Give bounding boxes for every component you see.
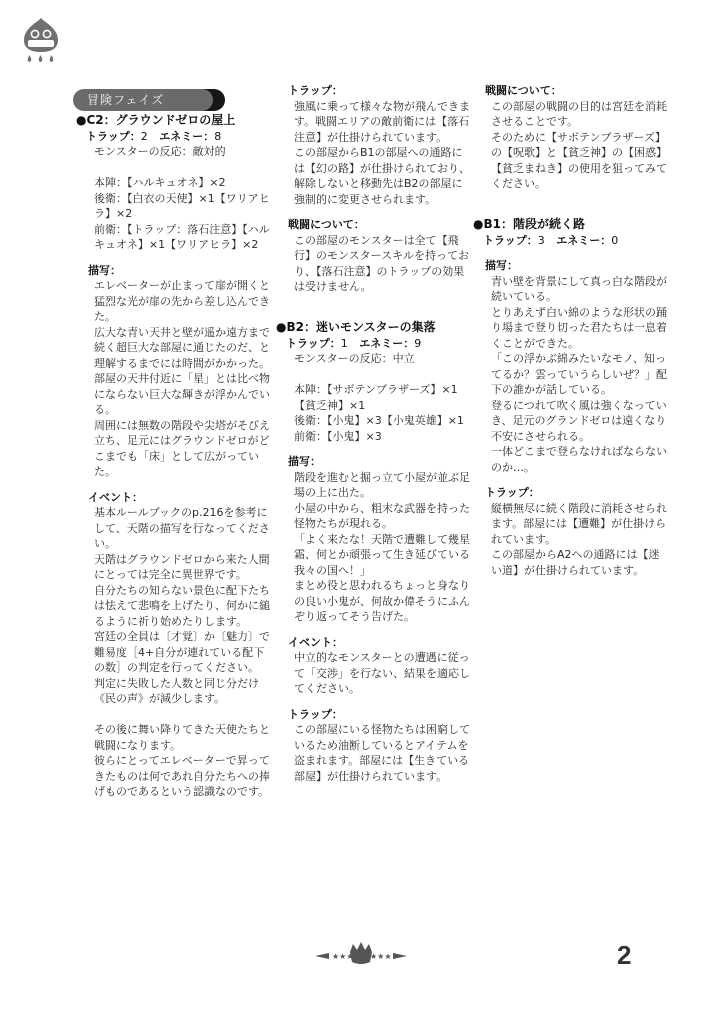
trap-heading: トラップ：	[485, 485, 667, 501]
trap-count: 2	[141, 130, 148, 143]
enemy-count: 0	[611, 234, 618, 247]
paragraph: 青い壁を背景にして真っ白な階段が続いている。	[491, 274, 667, 305]
battle-text: この部屋のモンスターは全て【飛行】のモンスタースキルを持っており、【落石注意】の…	[294, 233, 470, 295]
event-heading: イベント：	[88, 490, 270, 506]
paragraph: 判定に失敗した人数と同じ分だけ《民の声》が減少します。	[94, 676, 270, 707]
paragraph: 「この浮かぶ綿みたいなモノ、知ってるか？雲っていうらしいぜ？」配下の誰かが話して…	[491, 351, 667, 398]
column-2: トラップ： 強風に乗って様々な物が飛んできます。戦闘エリアの敵前衛には【落石注意…	[280, 83, 470, 784]
paragraph: 宮廷の全員は〔才覚〕か〔魅力〕で難易度［4+自分が連れている配下の数］の判定を行…	[94, 629, 270, 676]
paragraph: この部屋からB1の部屋への通路には【幻の路】が仕掛けられており、解除しないと移動…	[294, 145, 470, 207]
paragraph: 強風に乗って様々な物が飛んできます。戦闘エリアの敵前衛には【落石注意】が仕掛けら…	[294, 99, 470, 146]
slime-monster-icon	[22, 16, 60, 64]
svg-text:★★★: ★★★	[370, 952, 392, 961]
paragraph: 自分たちの知らない景色に配下たちは怯えて悲鳴を上げたり、何かに縋るように祈り始め…	[94, 583, 270, 630]
description-text: 青い壁を背景にして真っ白な階段が続いている。 とりあえず白い綿のような形状の踊り…	[491, 274, 667, 476]
formation-front: 前衛：【トラップ：落石注意】【ハルキュオネ】×1【ワリアヒラ】×2	[94, 222, 270, 253]
event-text: 基本ルールブックのp.216を参考にして、天階の描写を行なってください。 天階は…	[94, 505, 270, 800]
formation: 本陣：【ハルキュオネ】×2 後衛：【白衣の天使】×1【ワリアヒラ】×2 前衛：【…	[94, 175, 270, 253]
paragraph: そのために【サボテンブラザーズ】の【呪歌】と【貧乏神】の【困惑】【貧乏まねき】の…	[491, 130, 667, 192]
formation-main: 本陣：【サボテンブラザーズ】×1【貧乏神】×1	[294, 382, 470, 413]
paragraph: その後に舞い降りてきた天使たちと戦闘になります。	[94, 722, 270, 753]
paragraph: 小屋の中から、粗末な武器を持った怪物たちが現れる。	[294, 501, 470, 532]
enemy-count: 8	[214, 130, 221, 143]
paragraph: とりあえず白い綿のような形状の踊り場まで登り切った君たちは一息着くことができた。	[491, 305, 667, 352]
room-stats: トラップ：1 エネミー：9	[286, 336, 470, 352]
paragraph: 登るにつれて吹く風は強くなっていき、足元のグランドゼロは遠くなり不安にさせられる…	[491, 398, 667, 445]
event-text: 中立的なモンスターとの遭遇に従って「交渉」を行ない、結果を適応してください。	[294, 650, 470, 697]
enemy-label: エネミー：	[159, 130, 214, 143]
paragraph: 縦横無尽に続く階段に消耗させられます。部屋には【遭難】が仕掛けられています。	[491, 501, 667, 548]
paragraph: 基本ルールブックのp.216を参考にして、天階の描写を行なってください。	[94, 505, 270, 552]
page-number: 2	[617, 940, 631, 971]
paragraph: 天階はグラウンドゼロから来た人間にとっては完全に異世界です。	[94, 552, 270, 583]
paragraph: この部屋からA2への通路には【迷い道】が仕掛けられています。	[491, 547, 667, 578]
event-heading: イベント：	[288, 635, 470, 651]
paragraph: 彼らにとってエレベーターで昇ってきたものは何であれ自分たちへの捧げものであるとい…	[94, 753, 270, 800]
trap-label: トラップ：	[483, 234, 538, 247]
crown-ornament-icon: ★★★ ★★★	[315, 942, 407, 966]
formation-front: 前衛：【小鬼】×3	[294, 429, 470, 445]
battle-text: この部屋の戦闘の目的は宮廷を消耗させることです。 そのために【サボテンブラザーズ…	[491, 99, 667, 192]
formation-rear: 後衛：【白衣の天使】×1【ワリアヒラ】×2	[94, 191, 270, 222]
paragraph: 部屋の天井付近に「星」とは比べ物にならない巨大な輝きが浮かんでいる。	[94, 371, 270, 418]
paragraph: この部屋のモンスターは全て【飛行】のモンスタースキルを持っており、【落石注意】の…	[294, 233, 470, 295]
room-title: ●B1：階段が続く路	[473, 217, 667, 233]
column-3: 戦闘について： この部屋の戦闘の目的は宮廷を消耗させることです。 そのために【サ…	[477, 83, 667, 578]
phase-label: 冒険フェイズ	[73, 89, 213, 111]
trap-text-2: この部屋にいる怪物たちは困窮しているため油断しているとアイテムを盗まれます。部屋…	[294, 722, 470, 784]
paragraph: 周囲には無数の階段や尖塔がそびえ立ち、足元にはグラウンドゼロがどこまでも「床」と…	[94, 418, 270, 480]
formation-main: 本陣：【ハルキュオネ】×2	[94, 175, 270, 191]
paragraph: エレベーターが止まって扉が開くと猛烈な光が扉の先から差し込んできた。	[94, 278, 270, 325]
enemy-label: エネミー：	[359, 337, 414, 350]
formation: 本陣：【サボテンブラザーズ】×1【貧乏神】×1 後衛：【小鬼】×3【小鬼英雄】×…	[294, 382, 470, 444]
trap-count: 1	[341, 337, 348, 350]
room-title: ●B2：迷いモンスターの集落	[276, 320, 470, 336]
trap-label: トラップ：	[86, 130, 141, 143]
trap-text: 強風に乗って様々な物が飛んできます。戦闘エリアの敵前衛には【落石注意】が仕掛けら…	[294, 99, 470, 208]
description-text: エレベーターが止まって扉が開くと猛烈な光が扉の先から差し込んできた。 広大な青い…	[94, 278, 270, 480]
battle-heading: 戦闘について：	[485, 83, 667, 99]
room-stats: トラップ：3 エネミー：0	[483, 233, 667, 249]
description-heading: 描写：	[88, 263, 270, 279]
paragraph: 一体どこまで登らなければならないのか…。	[491, 444, 667, 475]
monster-reaction: モンスターの反応：敵対的	[94, 144, 270, 160]
trap-heading-2: トラップ：	[288, 707, 470, 723]
paragraph: 階段を進むと掘っ立て小屋が並ぶ足場の上に出た。	[294, 470, 470, 501]
battle-heading: 戦闘について：	[288, 217, 470, 233]
enemy-label: エネミー：	[556, 234, 611, 247]
room-stats: トラップ：2 エネミー：8	[86, 129, 270, 145]
description-heading: 描写：	[485, 258, 667, 274]
description-text: 階段を進むと掘っ立て小屋が並ぶ足場の上に出た。 小屋の中から、粗末な武器を持った…	[294, 470, 470, 625]
trap-label: トラップ：	[286, 337, 341, 350]
paragraph: 「よく来たな！天階で遭難して幾星霜、何とか頑張って生き延びている我々の国へ！」	[294, 532, 470, 579]
paragraph: この部屋にいる怪物たちは困窮しているため油断しているとアイテムを盗まれます。部屋…	[294, 722, 470, 784]
paragraph: この部屋の戦闘の目的は宮廷を消耗させることです。	[491, 99, 667, 130]
trap-heading: トラップ：	[288, 83, 470, 99]
formation-rear: 後衛：【小鬼】×3【小鬼英雄】×1	[294, 413, 470, 429]
column-1: ●C2：グラウンドゼロの屋上 トラップ：2 エネミー：8 モンスターの反応：敵対…	[80, 113, 270, 800]
description-heading: 描写：	[288, 454, 470, 470]
paragraph: 中立的なモンスターとの遭遇に従って「交渉」を行ない、結果を適応してください。	[294, 650, 470, 697]
paragraph: まとめ役と思われるちょっと身なりの良い小鬼が、何故か偉そうにふんぞり返ってそう告…	[294, 578, 470, 625]
paragraph: 広大な青い天井と壁が遥か遠方まで続く超巨大な部屋に通じたのだ、と理解するまでには…	[94, 325, 270, 372]
enemy-count: 9	[414, 337, 421, 350]
monster-reaction: モンスターの反応：中立	[294, 351, 470, 367]
phase-banner: 冒険フェイズ	[73, 89, 225, 111]
trap-count: 3	[538, 234, 545, 247]
trap-text: 縦横無尽に続く階段に消耗させられます。部屋には【遭難】が仕掛けられています。 こ…	[491, 501, 667, 579]
room-title: ●C2：グラウンドゼロの屋上	[76, 113, 270, 129]
